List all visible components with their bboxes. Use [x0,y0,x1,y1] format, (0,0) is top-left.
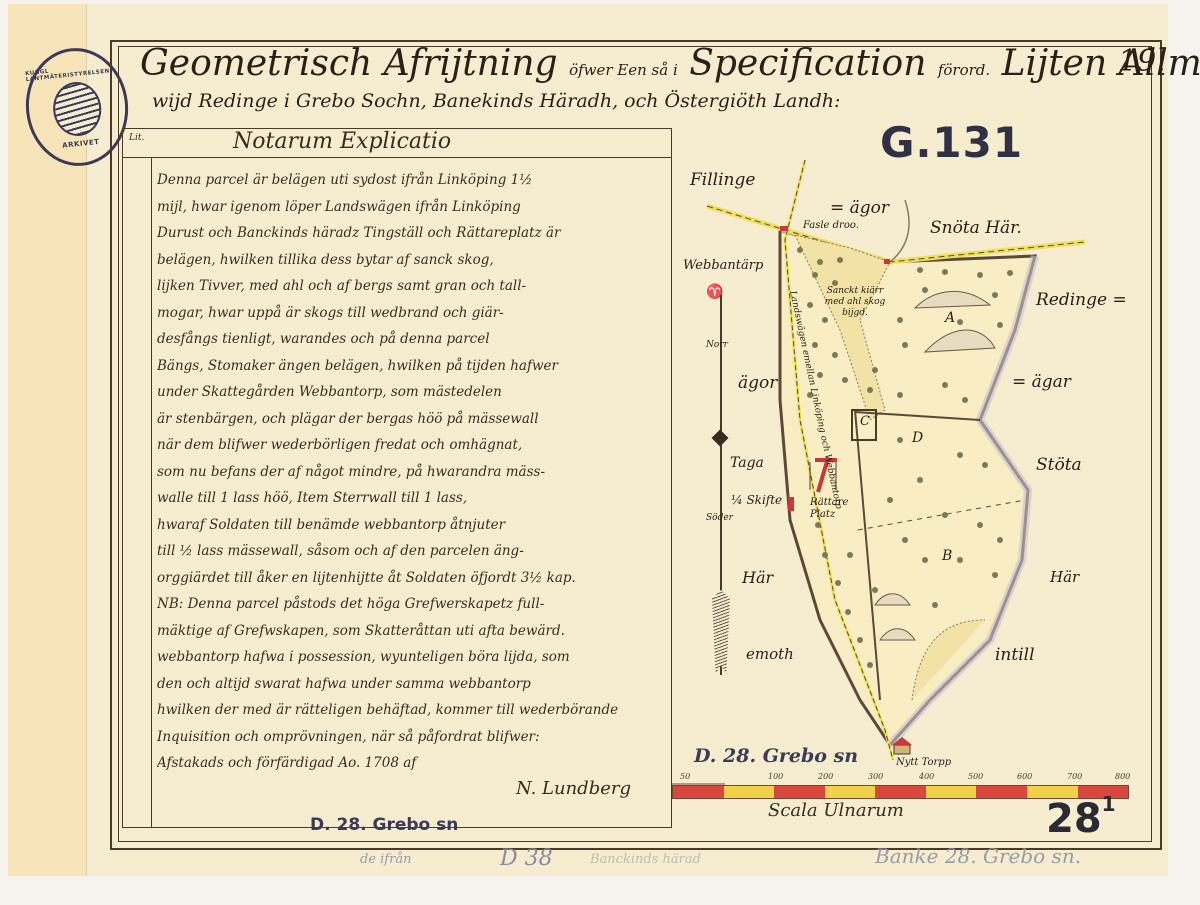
label-emoth: emoth [746,645,794,663]
map-drawing [0,0,1200,905]
label-nytt-torpp: Nytt Torpp [896,757,951,768]
scale-segment [724,786,775,798]
scale-tick: 700 [1067,772,1082,781]
sheet-number-main: 28 [1046,796,1102,842]
scale-tick: 300 [868,772,883,781]
label-plot-a: A [945,310,955,326]
label-snota-har: Snöta Här. [930,218,1022,238]
pencil-note-mid2: Banckinds härad [590,852,701,867]
scale-tick: 200 [818,772,833,781]
scale-tick: 600 [1017,772,1032,781]
label-norr: Norr [706,340,728,350]
label-agor-top: = ägor [830,198,889,218]
label-har-right: Här [1050,568,1079,586]
label-soder: Söder [706,513,733,523]
label-stota: Stöta [1036,455,1082,475]
label-redinge: Redinge = [1036,290,1127,310]
sheet-number-sup: 1 [1102,792,1116,816]
label-sanckt-kiarr: Sanckt kiärr med ahl skog bijgd. [820,286,890,319]
scale-segment [825,786,876,798]
scale-segment [774,786,825,798]
label-webbantorp: Webbantärp [683,258,763,273]
scale-tick: 500 [968,772,983,781]
label-plot-c: C [860,414,870,429]
label-plot-d: D [912,430,923,446]
label-agar-right: = ägar [1012,372,1071,392]
scale-tick: 800 [1115,772,1130,781]
scale-segment [875,786,926,798]
scale-tick-labels: 50 100 200 300 400 500 600 700 800 [672,772,1127,784]
scale-segment [926,786,977,798]
label-agor-left: ägor [738,373,777,393]
label-fasle-droo: Fasle droo. [803,220,859,231]
scale-tick: 50 [680,772,690,781]
label-fillinge: Fillinge [690,170,755,190]
sheet-number: 281 [1046,796,1116,842]
label-har-left: Här [742,568,773,587]
scale-tick: 400 [919,772,934,781]
label-rattare-platz: Rättare Platz [810,497,850,521]
scale-segment [673,786,724,798]
label-intill: intill [995,645,1035,665]
scale-tick: 100 [768,772,783,781]
district-stamp-map: D. 28. Grebo sn [694,745,858,767]
pencil-note-left: de ifrån [360,852,411,867]
scale-segment [976,786,1027,798]
label-skifte: ¼ Skifte [731,493,782,507]
pencil-note-mid: D 38 [500,846,553,871]
label-plot-b: B [942,548,952,564]
scale-caption: Scala Ulnarum [768,800,904,821]
pencil-note-right: Banke 28. Grebo sn. [875,844,1081,868]
label-taga: Taga [730,455,764,471]
